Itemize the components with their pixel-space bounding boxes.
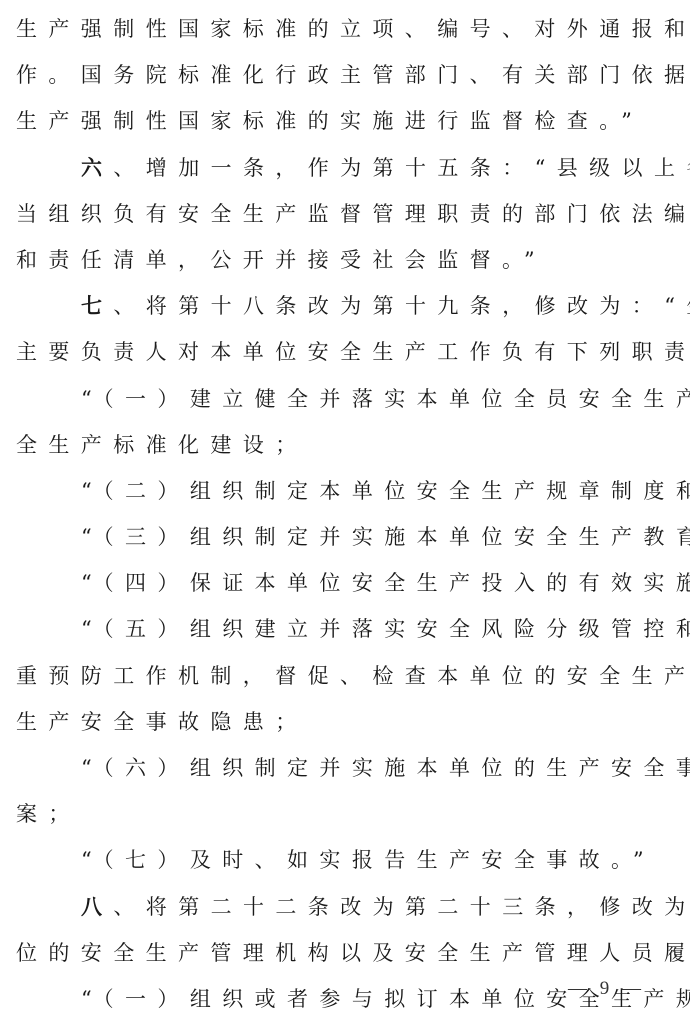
list-item-line: “（二）组织制定本单位安全生产规章制度和操作规程；: [16, 468, 676, 514]
text-line: 全生产标准化建设；: [16, 422, 676, 468]
text-line: 当组织负有安全生产监督管理职责的部门依法编制安全生产权力: [16, 191, 676, 237]
list-item-line: “（三）组织制定并实施本单位安全生产教育和培训计划；: [16, 514, 676, 560]
article-8-heading-line: 八、将第二十二条改为第二十三条，修改为：“生产经营单: [16, 884, 676, 930]
document-page: 生产强制性国家标准的立项、编号、对外通报和授权批准发布工 作。国务院标准化行政主…: [16, 6, 676, 1020]
text-line: 位的安全生产管理机构以及安全生产管理人员履行下列职责：: [16, 930, 676, 976]
article-number: 六: [81, 156, 113, 180]
text-line: 生产安全事故隐患；: [16, 699, 676, 745]
page-number: — 9 —: [568, 978, 645, 1000]
text-line: 、将第二十二条改为第二十三条，修改为：“生产经营单: [113, 895, 690, 919]
article-number: 八: [81, 895, 113, 919]
text-line: 案；: [16, 791, 676, 837]
article-7-heading-line: 七、将第十八条改为第十九条，修改为：“生产经营单位的: [16, 283, 676, 329]
list-item-line: “（六）组织制定并实施本单位的生产安全事故应急救援预: [16, 745, 676, 791]
list-item-line: “（一）建立健全并落实本单位全员安全生产责任制，加强安: [16, 376, 676, 422]
list-item-line: “（四）保证本单位安全生产投入的有效实施；: [16, 560, 676, 606]
text-line: 作。国务院标准化行政主管部门、有关部门依据法定职责对安全: [16, 52, 676, 98]
text-line: 生产强制性国家标准的立项、编号、对外通报和授权批准发布工: [16, 6, 676, 52]
text-line: 和责任清单，公开并接受社会监督。”: [16, 237, 676, 283]
text-line: 、增加一条，作为第十五条：“县级以上各级人民政府应: [113, 156, 690, 180]
article-6-heading-line: 六、增加一条，作为第十五条：“县级以上各级人民政府应: [16, 145, 676, 191]
text-line: 重预防工作机制，督促、检查本单位的安全生产工作，及时消除: [16, 653, 676, 699]
text-line: 生产强制性国家标准的实施进行监督检查。”: [16, 98, 676, 144]
list-item-line: “（七）及时、如实报告生产安全事故。”: [16, 837, 676, 883]
text-line: 主要负责人对本单位安全生产工作负有下列职责：: [16, 329, 676, 375]
article-number: 七: [81, 294, 113, 318]
text-line: 、将第十八条改为第十九条，修改为：“生产经营单位的: [113, 294, 690, 318]
list-item-line: “（五）组织建立并落实安全风险分级管控和隐患排查治理双: [16, 606, 676, 652]
